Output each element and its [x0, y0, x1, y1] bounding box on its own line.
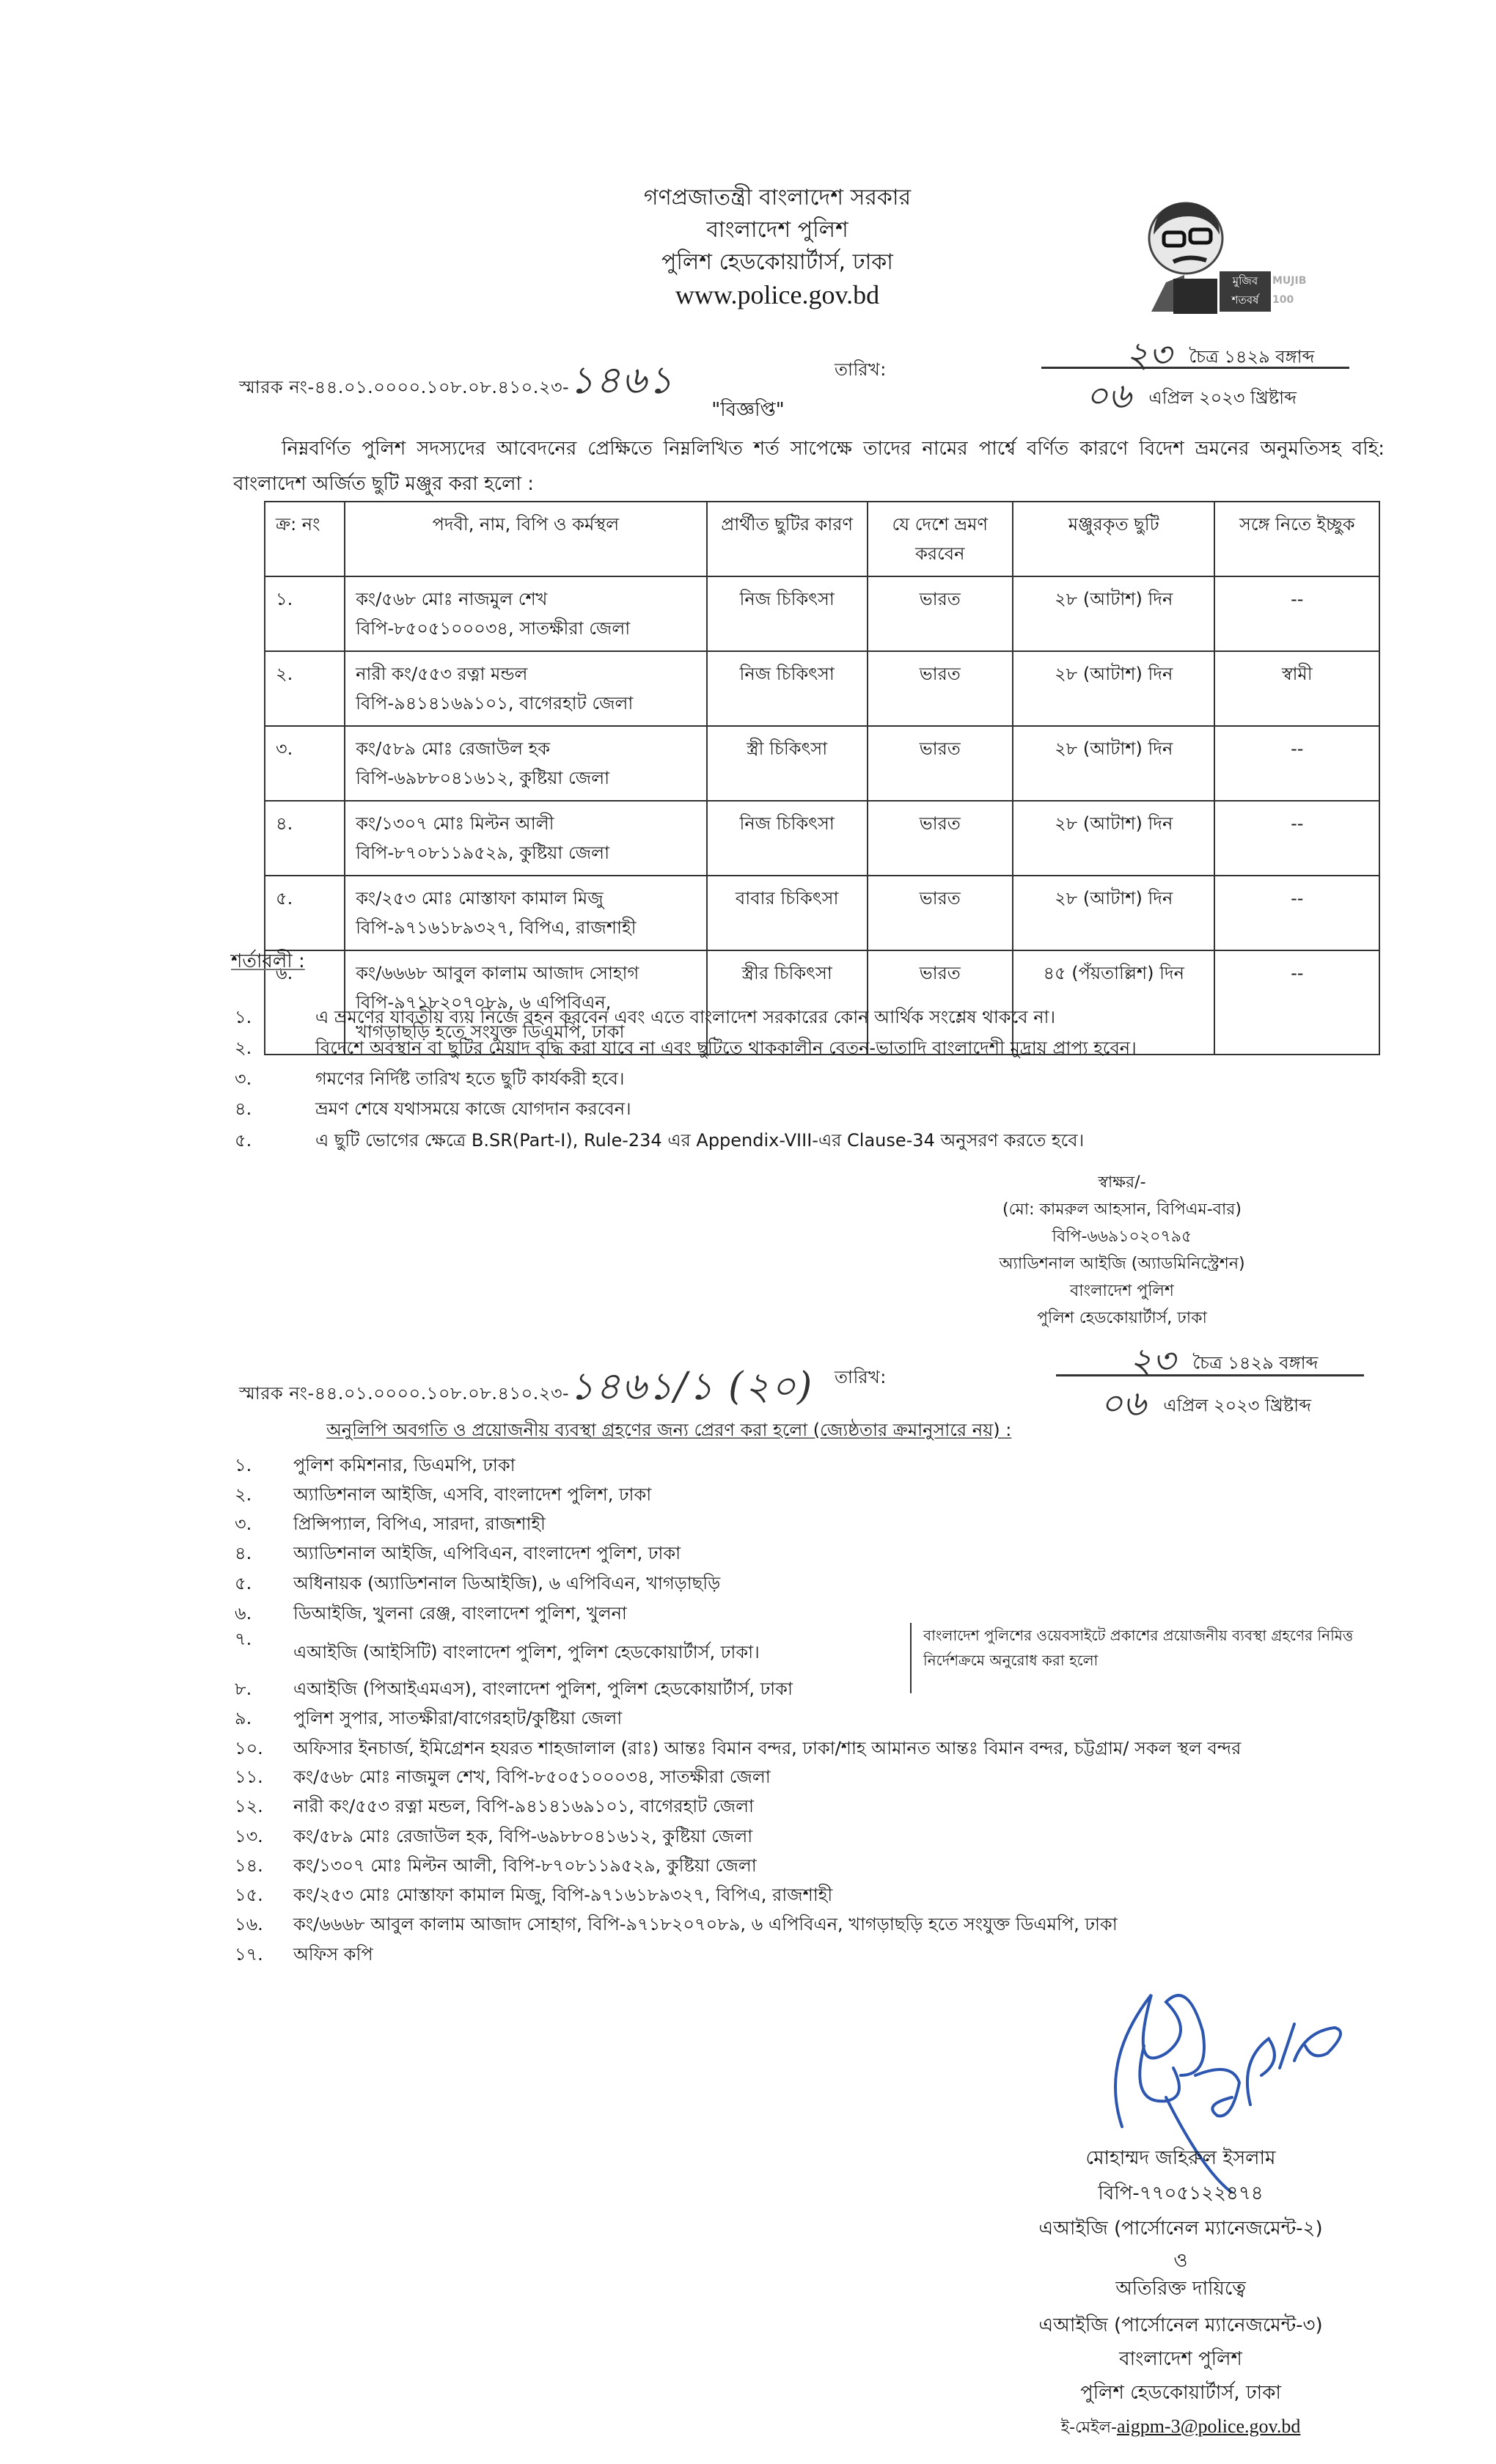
distribution-text: অফিসার ইনচার্জ, ইমিগ্রেশন হযরত শাহজালাল …: [293, 1738, 1241, 1759]
cell-reason: নিজ চিকিৎসা: [707, 576, 868, 651]
copy-intro: অনুলিপি অবগতি ও প্রয়োজনীয় ব্যবস্থা গ্র…: [326, 1417, 1011, 1446]
distribution-text: এআইজি (পিআইএমএস), বাংলাদেশ পুলিশ, পুলিশ …: [293, 1679, 793, 1699]
distribution-number: ১.: [235, 1454, 293, 1476]
distribution-text: অ্যাডিশনাল আইজি, এপিবিএন, বাংলাদেশ পুলিশ…: [293, 1543, 681, 1563]
cell-companion: --: [1214, 801, 1379, 876]
email-label: ই-মেইল-: [1061, 2419, 1117, 2437]
signatory-org: বাংলাদেশ পুলিশ: [924, 2344, 1437, 2375]
distribution-item: ১২.নারী কং/৫৫৩ রত্না মন্ডল, বিপি-৯৪১৪১৬৯…: [235, 1795, 754, 1817]
distribution-number: ৪.: [235, 1542, 293, 1564]
cell-country: ভারত: [868, 801, 1013, 876]
signatory-title: এআইজি (পার্সোনেল ম্যানেজমেন্ট-২): [924, 2213, 1437, 2244]
cell-companion: --: [1214, 576, 1379, 651]
signatory-line: পুলিশ হেডকোয়ার্টার্স, ঢাকা: [865, 1303, 1379, 1334]
table-row: ৪. কং/১৩০৭ মোঃ মিল্টন আলী বিপি-৮৭০৮১১৯৫২…: [265, 801, 1379, 876]
distribution-item: ১৭.অফিস কপি: [235, 1943, 373, 1965]
memo-number-copy: স্মারক নং-৪৪.০১.০০০০.১০৮.০৮.৪১০.২৩-১৪৬১/…: [239, 1357, 813, 1420]
table-row: ৫. কং/২৫৩ মোঃ মোস্তাফা কামাল মিজু বিপি-৯…: [265, 876, 1379, 950]
distribution-item: ৬.ডিআইজি, খুলনা রেঞ্জ, বাংলাদেশ পুলিশ, খ…: [235, 1602, 627, 1624]
cell-leave: ২৮ (আটাশ) দিন: [1013, 576, 1215, 651]
header-serial: ক্র: নং: [265, 502, 345, 576]
table-row: ২. নারী কং/৫৫৩ রত্না মন্ডল বিপি-৯৪১৪১৬৯১…: [265, 651, 1379, 726]
cell-reason: বাবার চিকিৎসা: [707, 876, 868, 950]
distribution-item: ১৫.কং/২৫৩ মোঃ মোস্তাফা কামাল মিজু, বিপি-…: [235, 1884, 832, 1906]
condition-number: ৫.: [235, 1129, 315, 1151]
table-row: ৩. কং/৫৮৯ মোঃ রেজাউল হক বিপি-৬৯৮৮০৪১৬১২,…: [265, 726, 1379, 801]
distribution-text: কং/৫৬৮ মোঃ নাজমুল শেখ, বিপি-৮৫০৫১০০০৩৪, …: [293, 1767, 771, 1787]
cell-details: নারী কং/৫৫৩ রত্না মন্ডল বিপি-৯৪১৪১৬৯১০১,…: [345, 651, 707, 726]
signatory-line: স্বাক্ষর/-: [865, 1167, 1379, 1198]
header-leave: মঞ্জুরকৃত ছুটি: [1013, 502, 1215, 576]
distribution-item: ২.অ্যাডিশনাল আইজি, এসবি, বাংলাদেশ পুলিশ,…: [235, 1484, 651, 1506]
cell-companion: --: [1214, 950, 1379, 1055]
distribution-item: ১১.কং/৫৬৮ মোঃ নাজমুল শেখ, বিপি-৮৫০৫১০০০৩…: [235, 1766, 771, 1788]
condition-item: ২.বিদেশে অবস্থান বা ছুটির মেয়াদ বৃদ্ধি …: [235, 1037, 1137, 1059]
cell-details: কং/১৩০৭ মোঃ মিল্টন আলী বিপি-৮৭০৮১১৯৫২৯, …: [345, 801, 707, 876]
distribution-text: কং/১৩০৭ মোঃ মিল্টন আলী, বিপি-৮৭০৮১১৯৫২৯,…: [293, 1855, 757, 1876]
cell-country: ভারত: [868, 576, 1013, 651]
date-gregorian: এপ্রিল ২০২৩ খ্রিষ্টাব্দ: [1163, 1396, 1311, 1416]
cell-reason: নিজ চিকিৎসা: [707, 801, 868, 876]
rank-name: কং/৬৬৬৮ আবুল কালাম আজাদ সোহাগ: [356, 958, 696, 988]
cell-details: কং/২৫৩ মোঃ মোস্তাফা কামাল মিজু বিপি-৯৭১৬…: [345, 876, 707, 950]
cell-reason: নিজ চিকিৎসা: [707, 651, 868, 726]
date-day-gregorian: ০৬: [1100, 1383, 1145, 1424]
condition-number: ৪.: [235, 1098, 315, 1120]
header-companion: সঙ্গে নিতে ইচ্ছুক: [1214, 502, 1379, 576]
logo-text-en: MUJIB 100: [1272, 271, 1315, 312]
cell-companion: --: [1214, 726, 1379, 801]
memo-prefix: স্মারক নং-৪৪.০১.০০০০.১০৮.০৮.৪১০.২৩-: [239, 1383, 569, 1404]
condition-text: গমণের নির্দিষ্ট তারিখ হতে ছুটি কার্যকরী …: [315, 1068, 624, 1089]
condition-number: ২.: [235, 1037, 315, 1059]
cell-leave: ২৮ (আটাশ) দিন: [1013, 876, 1215, 950]
date-divider: [1041, 367, 1349, 369]
date-bengali: চৈত্র ১৪২৯ বঙ্গাব্দ: [1192, 1353, 1318, 1374]
table-header-row: ক্র: নং পদবী, নাম, বিপি ও কর্মস্থল প্রার…: [265, 502, 1379, 576]
header-country: যে দেশে ভ্রমণ করবেন: [868, 502, 1013, 576]
condition-item: ১.এ ভ্রমণের যাবতীয় ব্যয় নিজে বহন করবেন…: [235, 1006, 1055, 1028]
distribution-text: এআইজি (আইসিটি) বাংলাদেশ পুলিশ, পুলিশ হেড…: [293, 1642, 760, 1662]
cell-country: ভারত: [868, 651, 1013, 726]
condition-text: বিদেশে অবস্থান বা ছুটির মেয়াদ বৃদ্ধি কর…: [315, 1038, 1137, 1058]
condition-number: ৩.: [235, 1068, 315, 1090]
leave-table: ক্র: নং পদবী, নাম, বিপি ও কর্মস্থল প্রার…: [264, 501, 1380, 1055]
signatory-name: মোহাম্মদ জহিরুল ইসলাম: [924, 2143, 1437, 2174]
cell-serial: ৫.: [265, 876, 345, 950]
rank-name: কং/৫৬৮ মোঃ নাজমুল শেখ: [356, 584, 696, 614]
distribution-item: ৪.অ্যাডিশনাল আইজি, এপিবিএন, বাংলাদেশ পুল…: [235, 1542, 681, 1564]
signatory-office: পুলিশ হেডকোয়ার্টার্স, ঢাকা: [924, 2377, 1437, 2408]
bp-posting: বিপি-৮৫০৫১০০০৩৪, সাতক্ষীরা জেলা: [356, 614, 696, 643]
cell-country: ভারত: [868, 876, 1013, 950]
condition-text: ভ্রমণ শেষে যথাসময়ে কাজে যোগদান করবেন।: [315, 1099, 631, 1119]
distribution-item: ৯.পুলিশ সুপার, সাতক্ষীরা/বাগেরহাট/কুষ্টি…: [235, 1707, 622, 1729]
govt-name: গণপ্রজাতন্ত্রী বাংলাদেশ সরকার: [572, 182, 983, 214]
distribution-item: ১৬.কং/৬৬৬৮ আবুল কালাম আজাদ সোহাগ, বিপি-৯…: [235, 1913, 1118, 1935]
cell-leave: ২৮ (আটাশ) দিন: [1013, 651, 1215, 726]
email-link[interactable]: aigpm-3@police.gov.bd: [1117, 2416, 1300, 2437]
distribution-text: পুলিশ সুপার, সাতক্ষীরা/বাগেরহাট/কুষ্টিয়…: [293, 1708, 622, 1728]
cell-companion: স্বামী: [1214, 651, 1379, 726]
distribution-item: ৫.অধিনায়ক (অ্যাডিশনাল ডিআইজি), ৬ এপিবিএ…: [235, 1572, 720, 1594]
distribution-number: ৯.: [235, 1707, 293, 1729]
cell-serial: ৩.: [265, 726, 345, 801]
cell-serial: ২.: [265, 651, 345, 726]
header-reason: প্রার্থীত ছুটির কারণ: [707, 502, 868, 576]
signatory-line: বাংলাদেশ পুলিশ: [865, 1276, 1379, 1307]
distribution-item: ৮.এআইজি (পিআইএমএস), বাংলাদেশ পুলিশ, পুলি…: [235, 1678, 793, 1700]
condition-text: এ ছুটি ভোগের ক্ষেত্রে B.SR(Part-I), Rule…: [315, 1130, 1084, 1151]
signatory-line: (মো: কামরুল আহসান, বিপিএম-বার): [865, 1195, 1379, 1225]
signatory-line: বিপি-৬৬৯১০২০৭৯৫: [865, 1222, 1379, 1253]
signatory-bp: বিপি-৭৭০৫১২২৪৭৪: [924, 2178, 1437, 2209]
rank-name: নারী কং/৫৫৩ রত্না মন্ডল: [356, 659, 696, 689]
distribution-text: পুলিশ কমিশনার, ডিএমপি, ঢাকা: [293, 1455, 516, 1475]
distribution-item: ৩.প্রিন্সিপ্যাল, বিপিএ, সারদা, রাজশাহী: [235, 1513, 546, 1535]
rank-name: কং/১৩০৭ মোঃ মিল্টন আলী: [356, 809, 696, 838]
distribution-number: ১১.: [235, 1766, 293, 1788]
distribution-text: ডিআইজি, খুলনা রেঞ্জ, বাংলাদেশ পুলিশ, খুল…: [293, 1603, 627, 1624]
distribution-number: ১৫.: [235, 1884, 293, 1906]
distribution-item: ১৪.কং/১৩০৭ মোঃ মিল্টন আলী, বিপি-৮৭০৮১১৯৫…: [235, 1855, 757, 1877]
cell-reason: স্ত্রী চিকিৎসা: [707, 726, 868, 801]
date-block: ২৩চৈত্র ১৪২৯ বঙ্গাব্দ ০৬এপ্রিল ২০২৩ খ্রি…: [1041, 329, 1349, 402]
cell-leave: ২৮ (আটাশ) দিন: [1013, 801, 1215, 876]
bp-posting: বিপি-৮৭০৮১১৯৫২৯, কুষ্টিয়া জেলা: [356, 838, 696, 868]
condition-item: ৪.ভ্রমণ শেষে যথাসময়ে কাজে যোগদান করবেন।: [235, 1098, 631, 1120]
signatory-line: অ্যাডিশনাল আইজি (অ্যাডমিনিস্ট্রেশন): [865, 1249, 1379, 1280]
distribution-item: ১৩.কং/৫৮৯ মোঃ রেজাউল হক, বিপি-৬৯৮৮০৪১৬১২…: [235, 1825, 752, 1847]
condition-item: ৩.গমণের নির্দিষ্ট তারিখ হতে ছুটি কার্যকর…: [235, 1068, 624, 1090]
bp-posting: বিপি-৬৯৮৮০৪১৬১২, কুষ্টিয়া জেলা: [356, 763, 696, 793]
signatory-and: ও: [924, 2245, 1437, 2276]
distribution-number: ১৩.: [235, 1825, 293, 1847]
distribution-number: ৩.: [235, 1513, 293, 1535]
cell-country: ভারত: [868, 726, 1013, 801]
notice-title: "বিজ্ঞপ্তি": [0, 395, 1496, 427]
condition-number: ১.: [235, 1006, 315, 1028]
distribution-number: ৭.: [235, 1628, 293, 1650]
distribution-item: ১০.অফিসার ইনচার্জ, ইমিগ্রেশন হযরত শাহজাল…: [235, 1737, 1241, 1759]
distribution-text: অধিনায়ক (অ্যাডিশনাল ডিআইজি), ৬ এপিবিএন,…: [293, 1573, 720, 1594]
logo-text: মুজিব শতবর্ষ: [1220, 271, 1271, 312]
cell-details: কং/৫৬৮ মোঃ নাজমুল শেখ বিপি-৮৫০৫১০০০৩৪, স…: [345, 576, 707, 651]
cell-serial: ৪.: [265, 801, 345, 876]
bp-posting: বিপি-৯৭১৬১৮৯৩২৭, বিপিএ, রাজশাহী: [356, 913, 696, 942]
distribution-text: প্রিন্সিপ্যাল, বিপিএ, সারদা, রাজশাহী: [293, 1514, 546, 1534]
cell-companion: --: [1214, 876, 1379, 950]
condition-text: এ ভ্রমণের যাবতীয় ব্যয় নিজে বহন করবেন এ…: [315, 1007, 1055, 1027]
intro-paragraph: নিম্নবর্ণিত পুলিশ সদস্যদের আবেদনের প্রেক…: [233, 431, 1385, 502]
date-divider: [1056, 1374, 1364, 1376]
distribution-item: ৭.এআইজি (আইসিটি) বাংলাদেশ পুলিশ, পুলিশ হ…: [235, 1641, 760, 1663]
org-name: বাংলাদেশ পুলিশ: [572, 214, 983, 246]
signatory-additional: অতিরিক্ত দায়িত্বে: [924, 2273, 1437, 2304]
distribution-number: ৬.: [235, 1602, 293, 1624]
date-label: তারিখ:: [835, 1364, 887, 1393]
distribution-number: ১৬.: [235, 1913, 293, 1935]
distribution-text: কং/২৫৩ মোঃ মোস্তাফা কামাল মিজু, বিপি-৯৭১…: [293, 1885, 832, 1905]
distribution-number: ৮.: [235, 1678, 293, 1700]
distribution-text: কং/৫৮৯ মোঃ রেজাউল হক, বিপি-৬৯৮৮০৪১৬১২, ক…: [293, 1826, 752, 1847]
cell-details: কং/৫৮৯ মোঃ রেজাউল হক বিপি-৬৯৮৮০৪১৬১২, কু…: [345, 726, 707, 801]
date-bengali: চৈত্র ১৪২৯ বঙ্গাব্দ: [1189, 347, 1314, 367]
table-row: ১. কং/৫৬৮ মোঃ নাজমুল শেখ বিপি-৮৫০৫১০০০৩৪…: [265, 576, 1379, 651]
website-link[interactable]: www.police.gov.bd: [572, 279, 983, 311]
distribution-number: ২.: [235, 1484, 293, 1506]
distribution-number: ১৪.: [235, 1855, 293, 1877]
bp-posting: বিপি-৯৪১৪১৬৯১০১, বাগেরহাট জেলা: [356, 689, 696, 718]
date-block-copy: ২৩চৈত্র ১৪২৯ বঙ্গাব্দ ০৬এপ্রিল ২০২৩ খ্রি…: [1056, 1335, 1364, 1408]
website-note: বাংলাদেশ পুলিশের ওয়েবসাইটে প্রকাশের প্র…: [910, 1623, 1393, 1693]
conditions-label: শর্তাবলী :: [231, 946, 305, 978]
signatory-title-2: এআইজি (পার্সোনেল ম্যানেজমেন্ট-৩): [924, 2310, 1437, 2341]
condition-item: ৫.এ ছুটি ভোগের ক্ষেত্রে B.SR(Part-I), Ru…: [235, 1129, 1084, 1151]
distribution-number: ১২.: [235, 1795, 293, 1817]
distribution-text: অফিস কপি: [293, 1944, 373, 1965]
cell-serial: ১.: [265, 576, 345, 651]
rank-name: কং/৫৮৯ মোঃ রেজাউল হক: [356, 734, 696, 763]
distribution-item: ১.পুলিশ কমিশনার, ডিএমপি, ঢাকা: [235, 1454, 516, 1476]
distribution-number: ১৭.: [235, 1943, 293, 1965]
cell-leave: ২৮ (আটাশ) দিন: [1013, 726, 1215, 801]
rank-name: কং/২৫৩ মোঃ মোস্তাফা কামাল মিজু: [356, 884, 696, 913]
distribution-text: কং/৬৬৬৮ আবুল কালাম আজাদ সোহাগ, বিপি-৯৭১৮…: [293, 1914, 1118, 1935]
distribution-text: অ্যাডিশনাল আইজি, এসবি, বাংলাদেশ পুলিশ, ঢ…: [293, 1484, 651, 1505]
header-details: পদবী, নাম, বিপি ও কর্মস্থল: [345, 502, 707, 576]
distribution-number: ৫.: [235, 1572, 293, 1594]
distribution-text: নারী কং/৫৫৩ রত্না মন্ডল, বিপি-৯৪১৪১৬৯১০১…: [293, 1796, 754, 1816]
distribution-number: ১০.: [235, 1737, 293, 1759]
memo-handwritten-number: ১৪৬১/১ (২০): [569, 1365, 813, 1409]
office-name: পুলিশ হেডকোয়ার্টার্স, ঢাকা: [572, 246, 983, 279]
date-label: তারিখ:: [835, 356, 887, 386]
signatory-email: ই-মেইল-aigpm-3@police.gov.bd: [924, 2411, 1437, 2443]
mujib-100-logo: মুজিব শতবর্ষ MUJIB 100: [1133, 194, 1316, 315]
